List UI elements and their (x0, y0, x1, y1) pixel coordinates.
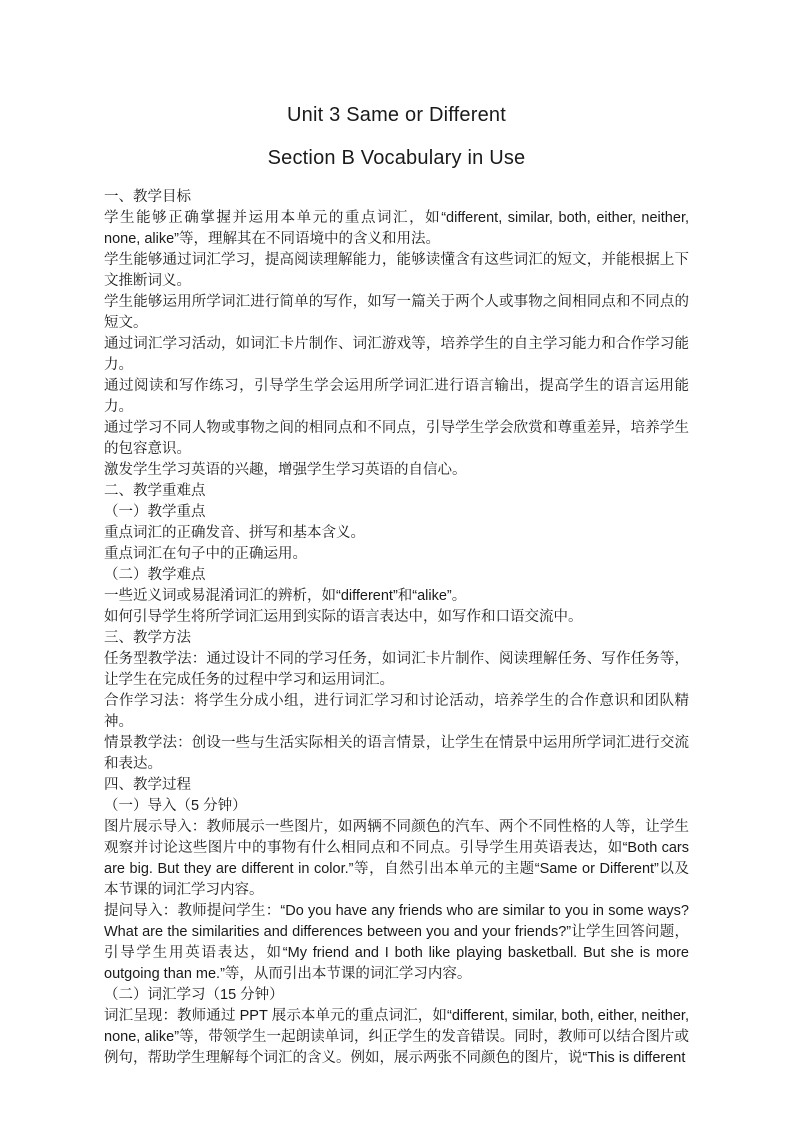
doc-paragraph: 通过阅读和写作练习，引导学生学会运用所学词汇进行语言输出，提高学生的语言运用能力… (104, 376, 689, 418)
doc-paragraph: 图片展示导入：教师展示一些图片，如两辆不同颜色的汽车、两个不同性格的人等，让学生… (104, 817, 689, 901)
doc-paragraph: 学生能够正确掌握并运用本单元的重点词汇，如“different, similar… (104, 208, 689, 250)
doc-paragraph: 重点词汇的正确发音、拼写和基本含义。 (104, 523, 689, 544)
document-page: Unit 3 Same or Different Section B Vocab… (0, 0, 794, 1123)
doc-paragraph: 通过词汇学习活动，如词汇卡片制作、词汇游戏等，培养学生的自主学习能力和合作学习能… (104, 334, 689, 376)
doc-paragraph: 词汇呈现：教师通过 PPT 展示本单元的重点词汇，如“different, si… (104, 1006, 689, 1069)
document-title: Unit 3 Same or Different (104, 102, 689, 128)
heading-teaching-process: 四、教学过程 (104, 775, 689, 796)
document-body: 一、教学目标 学生能够正确掌握并运用本单元的重点词汇，如“different, … (104, 187, 689, 1069)
doc-paragraph: 激发学生学习英语的兴趣，增强学生学习英语的自信心。 (104, 460, 689, 481)
doc-paragraph: 如何引导学生将所学词汇运用到实际的语言表达中，如写作和口语交流中。 (104, 607, 689, 628)
doc-paragraph: 提问导入：教师提问学生：“Do you have any friends who… (104, 901, 689, 985)
doc-paragraph: 重点词汇在句子中的正确运用。 (104, 544, 689, 565)
heading-teaching-objectives: 一、教学目标 (104, 187, 689, 208)
doc-paragraph: 通过学习不同人物或事物之间的相同点和不同点，引导学生学会欣赏和尊重差异，培养学生… (104, 418, 689, 460)
subheading-vocabulary-learning: （二）词汇学习（15 分钟） (104, 985, 689, 1006)
doc-paragraph: 一些近义词或易混淆词汇的辨析，如“different”和“alike”。 (104, 586, 689, 607)
subheading-teaching-key-points: （一）教学重点 (104, 502, 689, 523)
doc-paragraph: 学生能够运用所学词汇进行简单的写作，如写一篇关于两个人或事物之间相同点和不同点的… (104, 292, 689, 334)
doc-paragraph: 情景教学法：创设一些与生活实际相关的语言情景，让学生在情景中运用所学词汇进行交流… (104, 733, 689, 775)
heading-teaching-methods: 三、教学方法 (104, 628, 689, 649)
doc-paragraph: 学生能够通过词汇学习，提高阅读理解能力，能够读懂含有这些词汇的短文，并能根据上下… (104, 250, 689, 292)
doc-paragraph: 合作学习法：将学生分成小组，进行词汇学习和讨论活动，培养学生的合作意识和团队精神… (104, 691, 689, 733)
doc-paragraph: 任务型教学法：通过设计不同的学习任务，如词汇卡片制作、阅读理解任务、写作任务等，… (104, 649, 689, 691)
subheading-teaching-difficult-points: （二）教学难点 (104, 565, 689, 586)
subheading-lead-in: （一）导入（5 分钟） (104, 796, 689, 817)
heading-key-and-difficult-points: 二、教学重难点 (104, 481, 689, 502)
document-subtitle: Section B Vocabulary in Use (104, 145, 689, 171)
